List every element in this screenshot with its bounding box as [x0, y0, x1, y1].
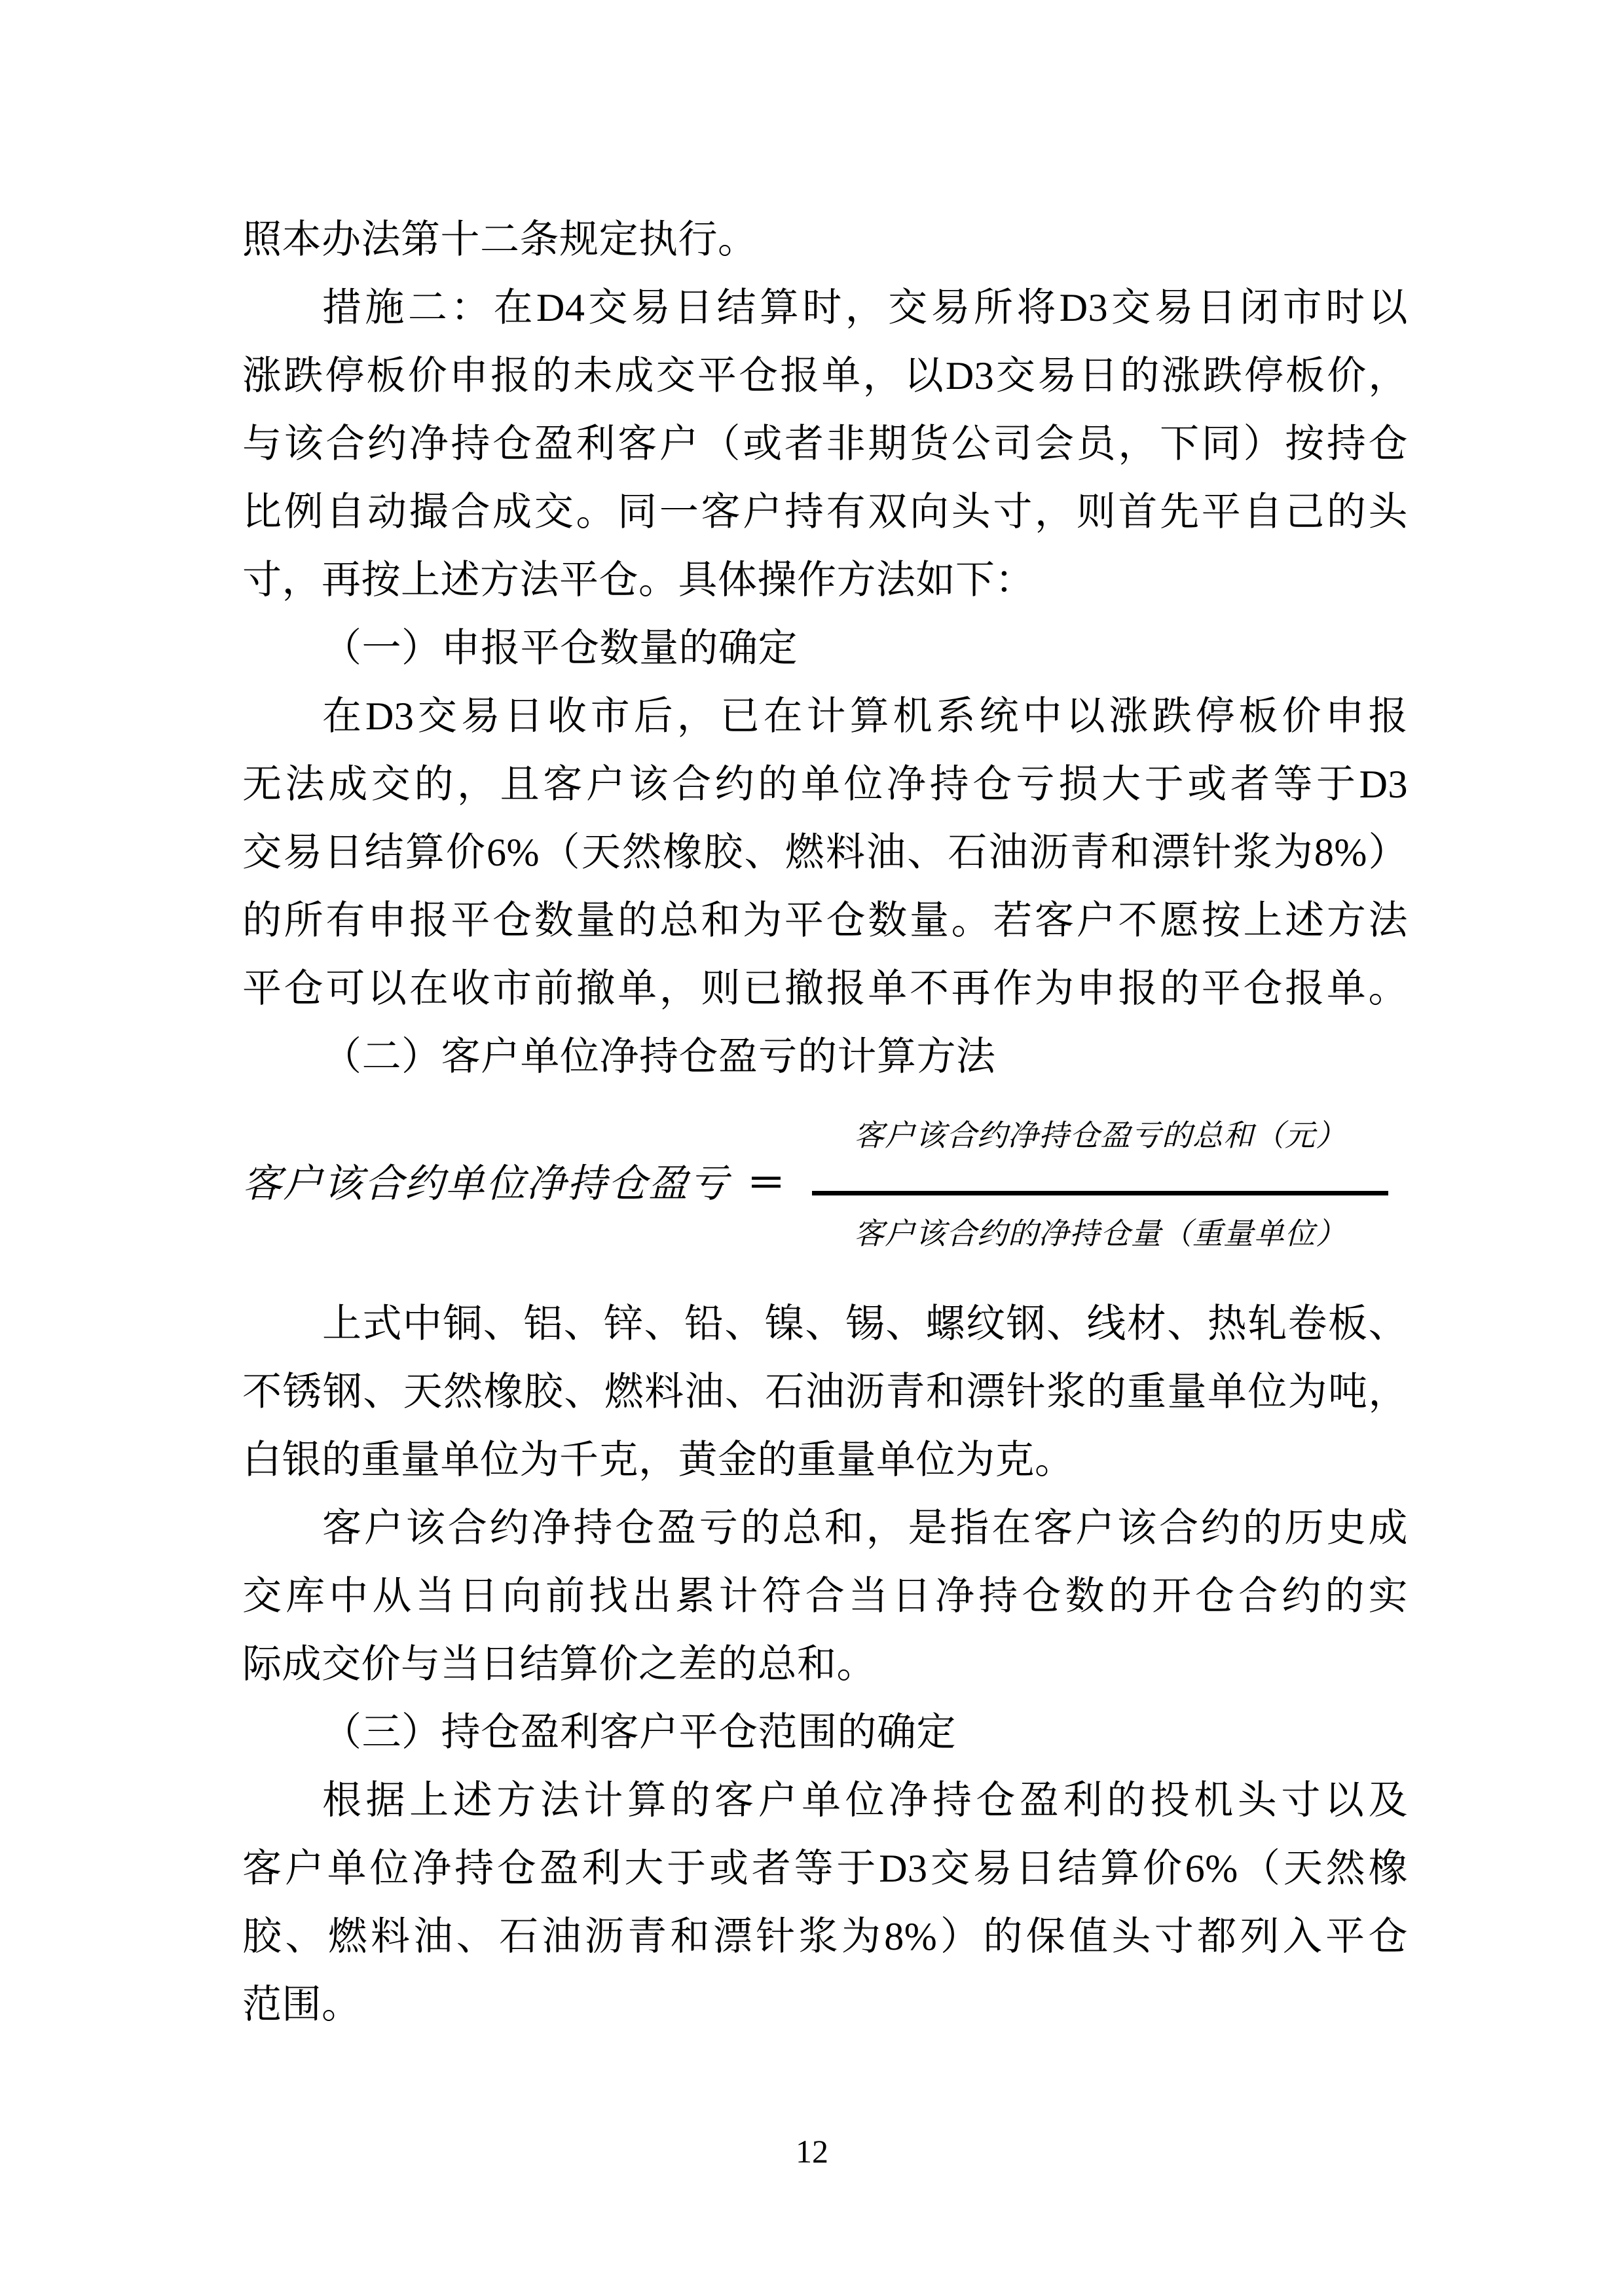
- text-line: （二）客户单位净持仓盈亏的计算方法: [242, 1023, 1408, 1091]
- document-page: 照本办法第十二条规定执行。措施二：在D4交易日结算时，交易所将D3交易日闭市时以…: [0, 0, 1624, 2296]
- text-line: 无法成交的，且客户该合约的单位净持仓亏损大于或者等于D3: [242, 750, 1408, 818]
- text-line: 寸，再按上述方法平仓。具体操作方法如下：: [242, 546, 1408, 614]
- text-line: 上式中铜、铝、锌、铅、镍、锡、螺纹钢、线材、热轧卷板、: [242, 1290, 1408, 1358]
- text-line: （一）申报平仓数量的确定: [242, 614, 1408, 682]
- text-block-upper: 照本办法第十二条规定执行。措施二：在D4交易日结算时，交易所将D3交易日闭市时以…: [242, 206, 1408, 1091]
- text-line: 客户单位净持仓盈利大于或者等于D3交易日结算价6%（天然橡: [242, 1834, 1408, 1903]
- text-line: 交库中从当日向前找出累计符合当日净持仓数的开仓合约的实: [242, 1562, 1408, 1630]
- text-block-lower: 上式中铜、铝、锌、铅、镍、锡、螺纹钢、线材、热轧卷板、不锈钢、天然橡胶、燃料油、…: [242, 1290, 1408, 2039]
- text-line: 客户该合约净持仓盈亏的总和，是指在客户该合约的历史成: [242, 1494, 1408, 1562]
- formula-denominator: 客户该合约的净持仓量（重量单位）: [812, 1212, 1388, 1256]
- text-line: 胶、燃料油、石油沥青和漂针浆为8%）的保值头寸都列入平仓: [242, 1903, 1408, 1971]
- unit-net-position-pnl-formula: 客户该合约单位净持仓盈亏＝ 客户该合约净持仓盈亏的总和（元） 客户该合约的净持仓…: [0, 1106, 1624, 1277]
- text-line: 际成交价与当日结算价之差的总和。: [242, 1630, 1408, 1698]
- fraction-bar: [812, 1191, 1388, 1195]
- text-line: 交易日结算价6%（天然橡胶、燃料油、石油沥青和漂针浆为8%）: [242, 818, 1408, 886]
- text-line: 范围。: [242, 1971, 1408, 2039]
- text-line: 措施二：在D4交易日结算时，交易所将D3交易日闭市时以: [242, 274, 1408, 342]
- formula-lhs: 客户该合约单位净持仓盈亏＝: [242, 1161, 787, 1207]
- text-line: 白银的重量单位为千克，黄金的重量单位为克。: [242, 1426, 1408, 1494]
- text-line: 不锈钢、天然橡胶、燃料油、石油沥青和漂针浆的重量单位为吨，: [242, 1358, 1408, 1426]
- text-line: （三）持仓盈利客户平仓范围的确定: [242, 1698, 1408, 1766]
- text-line: 的所有申报平仓数量的总和为平仓数量。若客户不愿按上述方法: [242, 886, 1408, 955]
- text-line: 比例自动撮合成交。同一客户持有双向头寸，则首先平自己的头: [242, 478, 1408, 546]
- text-line: 照本办法第十二条规定执行。: [242, 206, 1408, 274]
- text-line: 根据上述方法计算的客户单位净持仓盈利的投机头寸以及: [242, 1766, 1408, 1834]
- text-line: 在D3交易日收市后，已在计算机系统中以涨跌停板价申报: [242, 682, 1408, 750]
- page-number: 12: [0, 2132, 1624, 2171]
- equals-sign: ＝: [747, 1161, 787, 1207]
- text-line: 平仓可以在收市前撤单，则已撤报单不再作为申报的平仓报单。: [242, 955, 1408, 1023]
- formula-lhs-text: 客户该合约单位净持仓盈亏: [242, 1162, 729, 1205]
- formula-numerator: 客户该合约净持仓盈亏的总和（元）: [812, 1114, 1388, 1158]
- text-line: 与该合约净持仓盈利客户（或者非期货公司会员，下同）按持仓: [242, 410, 1408, 478]
- text-line: 涨跌停板价申报的未成交平仓报单，以D3交易日的涨跌停板价，: [242, 342, 1408, 410]
